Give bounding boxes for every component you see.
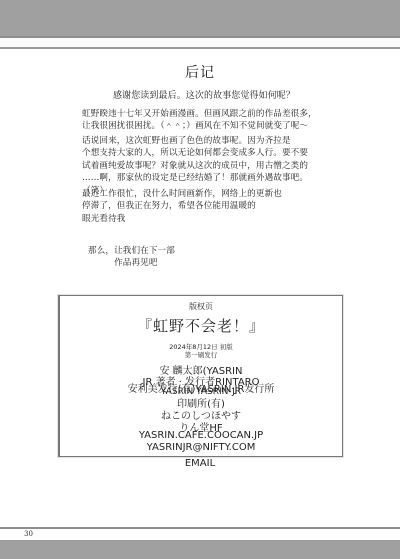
top-margin (0, 0, 400, 38)
afterword-title: 后记 (0, 62, 400, 82)
afterword-paragraph-3: 最近工作很忙，没什么时间画新作，网络上的更新也 停滞了，但我正在努力，希望各位能… (82, 188, 282, 225)
page-footer: 30 (0, 529, 400, 541)
book-title: 『虹野不会老！』 (60, 315, 342, 336)
afterword-paragraph-1: 虹野睽违十七年又开始画漫画。但画风跟之前的作品差很多， 让我很困扰很困扰。（＾＾… (82, 108, 317, 133)
website: YASRIN.CAFE.COOCAN.JP (60, 430, 342, 441)
colophon-heading: 版权页 (60, 301, 342, 312)
edition: 第一刷发行 (60, 350, 342, 359)
email-address: YASRINJR@NIFTY.COM (60, 442, 342, 453)
thanks-line: 感谢您读到最后。这次的故事您觉得如何呢？ (113, 90, 295, 102)
afterword-closing: 那么，让我们在下一部 作品再见吧 (88, 245, 175, 270)
email-label: EMAIL (0, 458, 400, 469)
colophon-box: 版权页 『虹野不会老！』 2024年8月12日 初版 第一刷发行 安 麟太郎(Y… (58, 295, 343, 457)
document-page: 后记 感谢您读到最后。这次的故事您觉得如何呢？ 虹野睽违十七年又开始画漫画。但画… (0, 49, 400, 529)
page-number: 30 (24, 529, 33, 540)
bottom-margin (0, 541, 400, 559)
previous-page-edge (0, 38, 400, 49)
